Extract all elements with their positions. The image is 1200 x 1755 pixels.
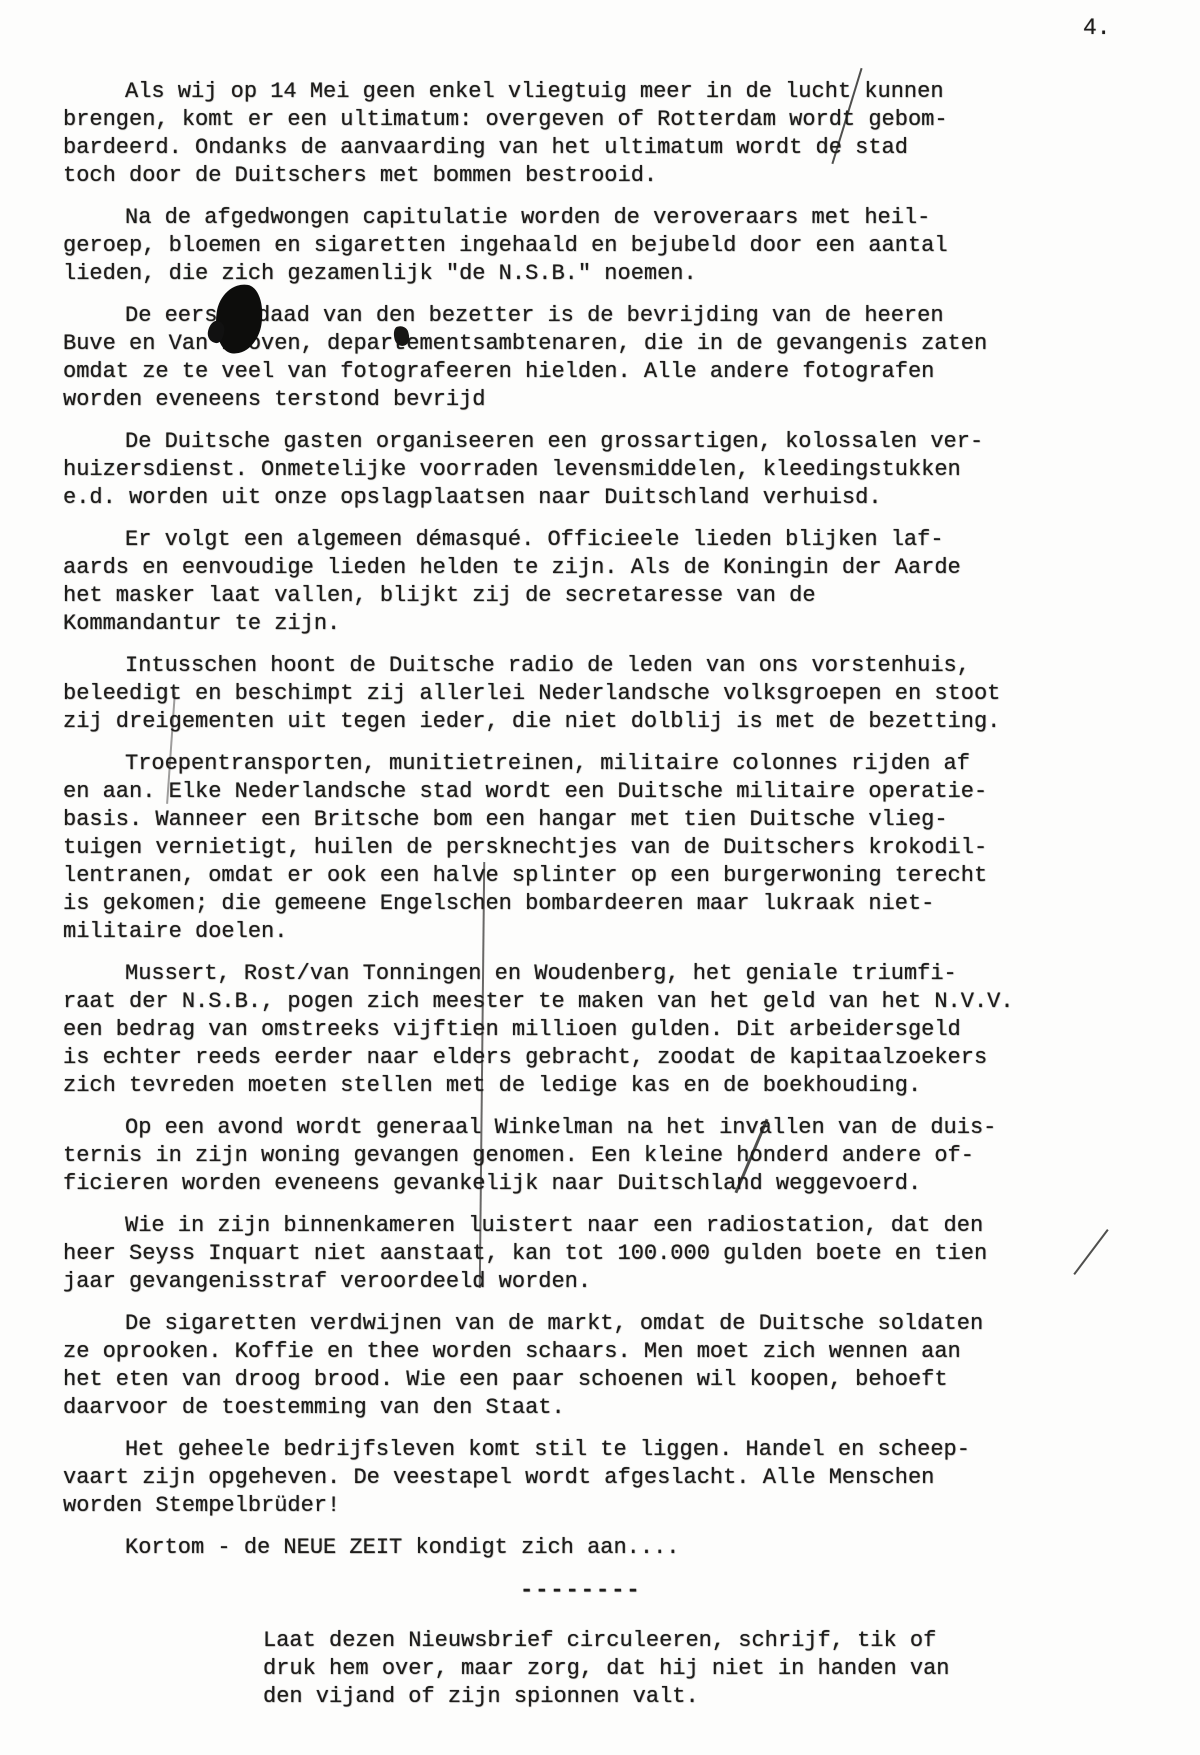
paragraph-winkelman: Op een avond wordt generaal Winkelman na… [63, 1114, 1143, 1198]
paragraph-radiostation: Wie in zijn binnenkameren luistert naar … [63, 1212, 1143, 1296]
paragraph-verhuizersdienst: De Duitsche gasten organiseeren een gros… [63, 428, 1143, 512]
paragraph-mussert: Mussert, Rost/van Tonningen en Woudenber… [63, 960, 1143, 1100]
paragraph-demasque: Er volgt een algemeen démasqué. Officiee… [63, 526, 1143, 638]
paragraph-troepentransporten: Troepentransporten, munitietreinen, mili… [63, 750, 1143, 946]
paragraph-radio: Intusschen hoont de Duitsche radio de le… [63, 652, 1143, 736]
paragraph-neue-zeit: Kortom - de NEUE ZEIT kondigt zich aan..… [63, 1534, 1143, 1562]
paragraph-ultimatum: Als wij op 14 Mei geen enkel vliegtuig m… [63, 78, 1143, 190]
paragraph-bedrijfsleven: Het geheele bedrijfsleven komt stil te l… [63, 1436, 1143, 1520]
paragraph-sigaretten: De sigaretten verdwijnen van de markt, o… [63, 1310, 1143, 1422]
document-body: Als wij op 14 Mei geen enkel vliegtuig m… [63, 0, 1143, 1725]
paragraph-eerste-daad: De eerste daad van den bezetter is de be… [63, 302, 1143, 414]
closing-note: Laat dezen Nieuwsbrief circuleeren, schr… [263, 1627, 1143, 1711]
document-page: 4. Als wij op 14 Mei geen enkel vliegtui… [0, 0, 1200, 1755]
separator-dashes: -------- [520, 1577, 1143, 1605]
paragraph-capitulatie: Na de afgedwongen capitulatie worden de … [63, 204, 1143, 288]
